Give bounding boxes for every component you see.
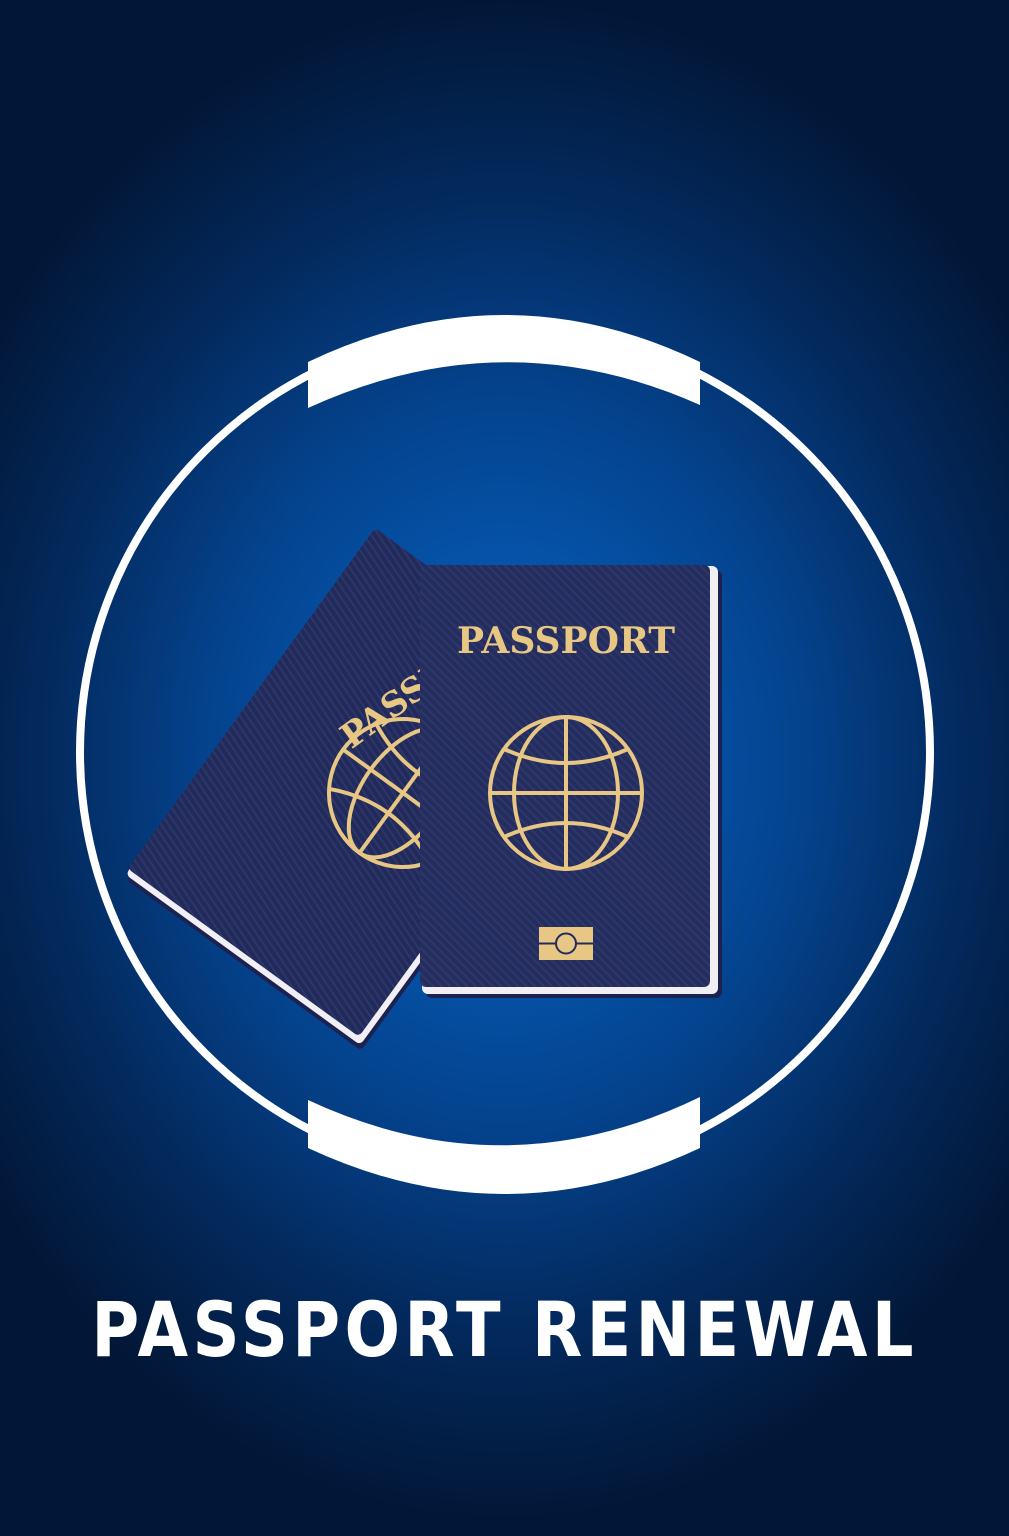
chip-icon (539, 927, 593, 960)
passport-front-label: PASSPORT (457, 620, 675, 662)
passport-front: PASSPORT (420, 565, 722, 998)
bottom-band (308, 1097, 700, 1194)
poster-title: PASSPORT RENEWAL (71, 1290, 939, 1370)
globe-icon (490, 717, 642, 869)
top-band (308, 315, 700, 408)
